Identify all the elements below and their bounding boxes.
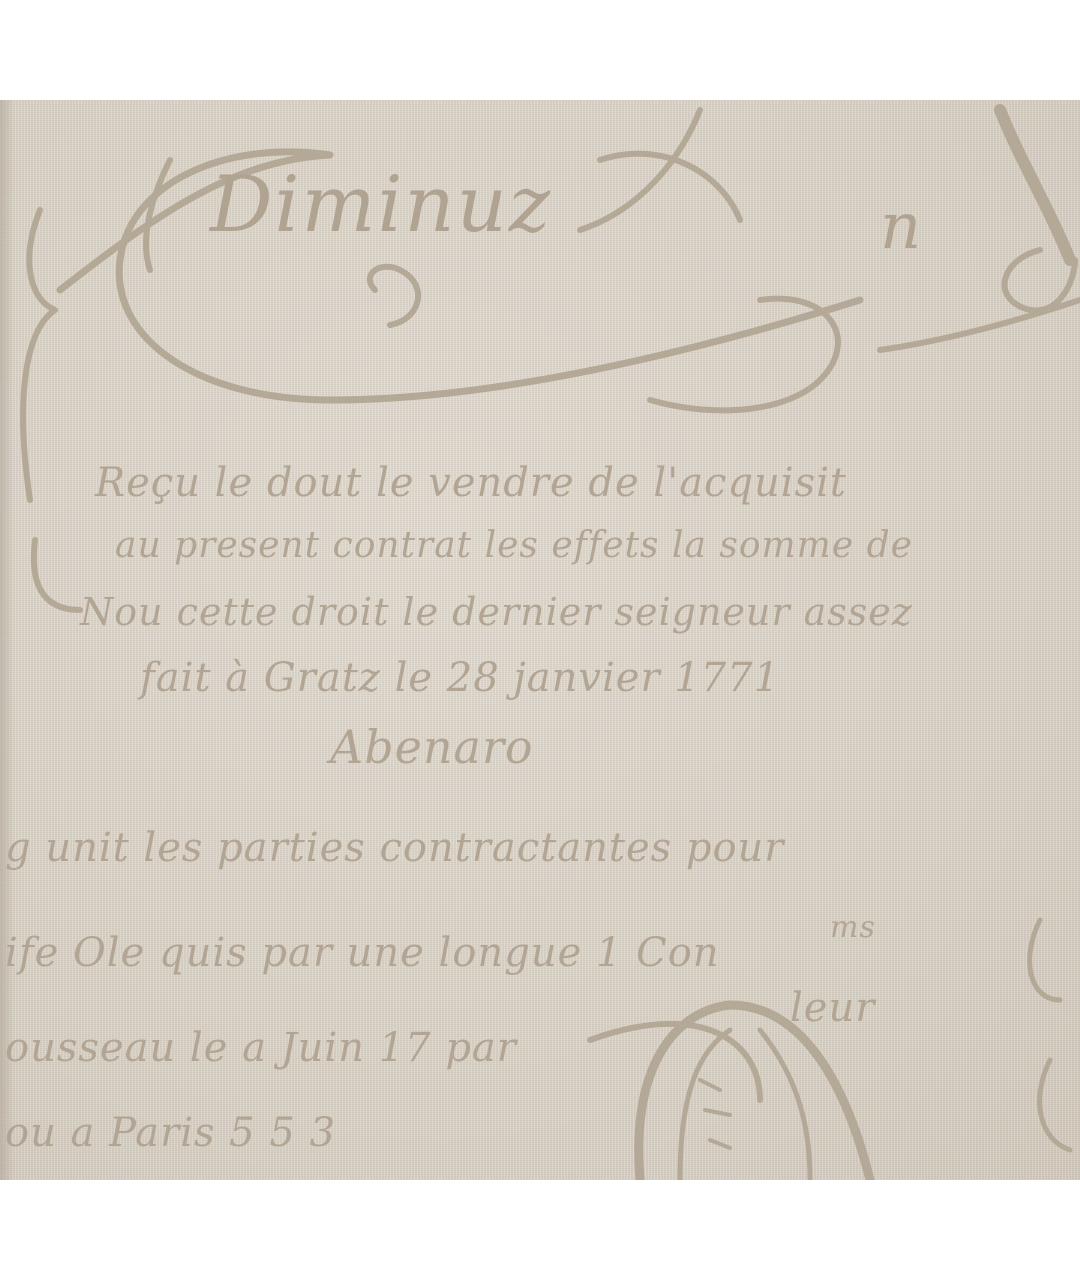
script-line-3: Nou cette droit le dernier seigneur asse… — [80, 590, 913, 634]
script-line-6b: ms — [830, 910, 876, 945]
script-title: Diminuz — [210, 160, 552, 250]
script-line-8: ou a Paris 5 5 3 — [5, 1110, 336, 1156]
script-signature: Abenaro — [330, 720, 534, 774]
script-line-7: ousseau le a Juin 17 par — [5, 1025, 517, 1071]
fabric-photo: Diminuz n Reçu le dout le vendre de l'ac… — [0, 100, 1080, 1180]
script-line-6: ife Ole quis par une longue 1 Con — [5, 930, 720, 976]
script-line-2: au present contrat les effets la somme d… — [115, 525, 913, 566]
script-line-1: Reçu le dout le vendre de l'acquisit — [95, 460, 847, 506]
script-line-7b: leur — [790, 985, 875, 1031]
script-line-4: fait à Gratz le 28 janvier 1771 — [140, 655, 780, 701]
script-title-right: n — [880, 190, 923, 264]
script-line-5: g unit les parties contractantes pour — [5, 825, 784, 871]
